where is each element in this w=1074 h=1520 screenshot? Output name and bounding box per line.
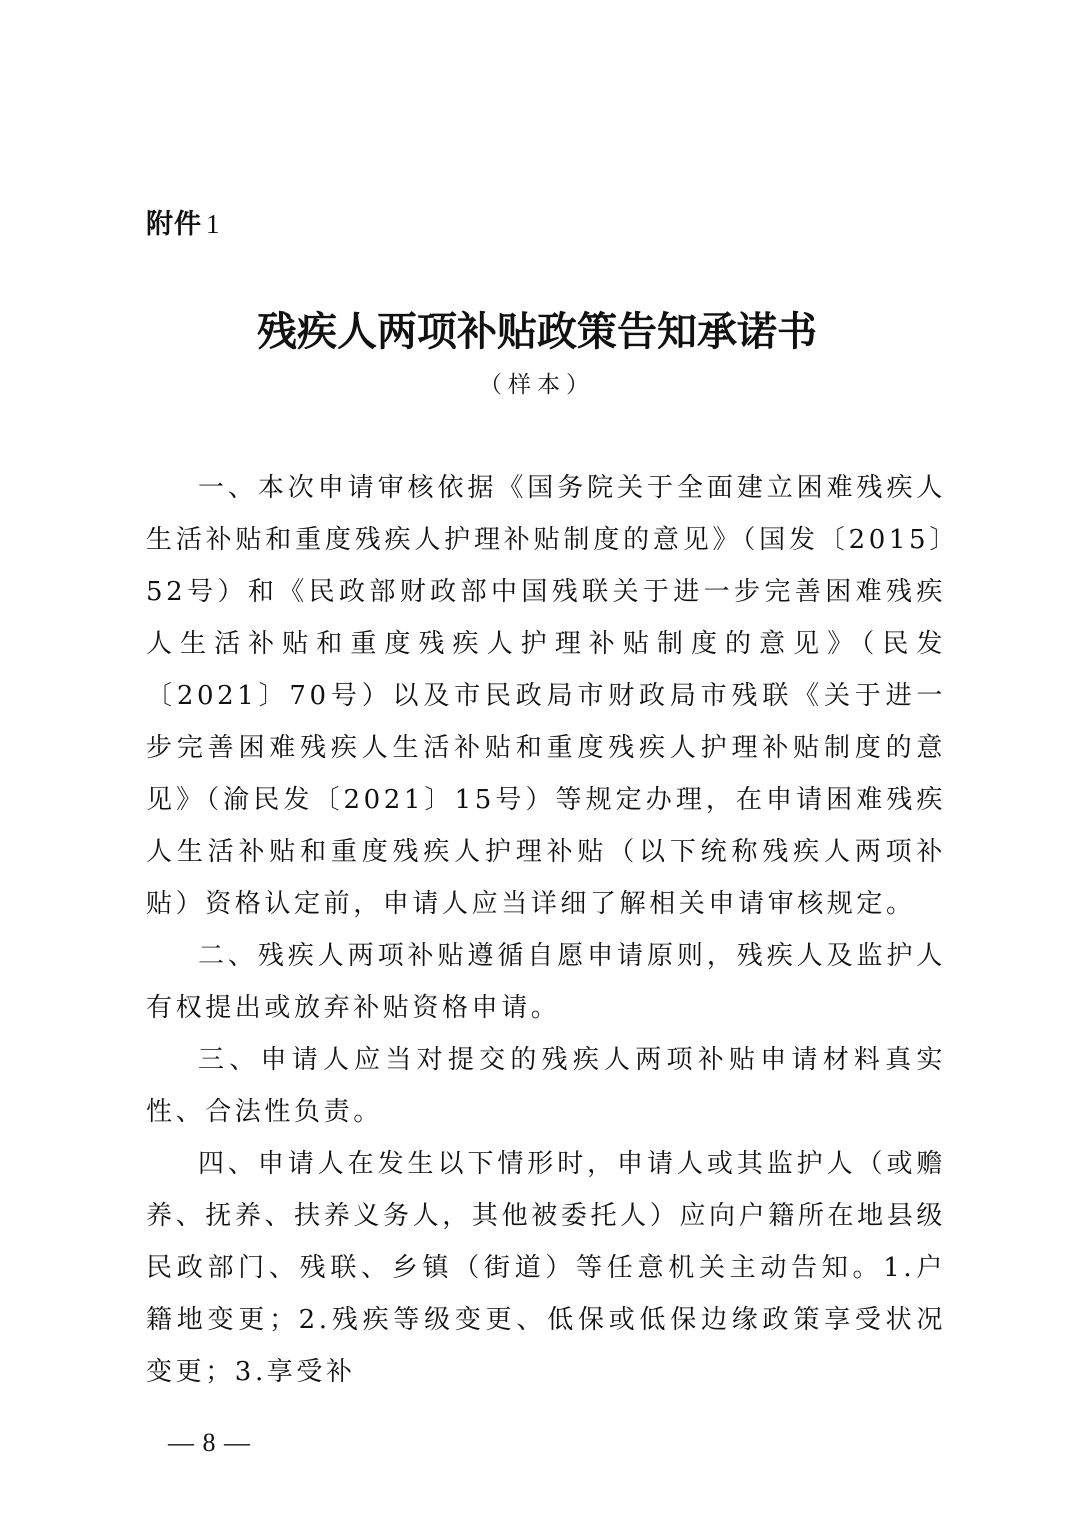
attachment-number: 1 (206, 209, 221, 239)
document-subtitle: （样本） (0, 366, 1074, 399)
paragraph-1: 一、本次申请审核依据《国务院关于全面建立困难残疾人生活补贴和重度残疾人护理补贴制… (146, 462, 946, 930)
page-number: — 8 — (168, 1428, 251, 1458)
paragraph-4: 四、申请人在发生以下情形时，申请人或其监护人（或赡养、抚养、扶养义务人，其他被委… (146, 1138, 946, 1398)
attachment-label-text: 附件 (146, 209, 202, 240)
paragraph-3: 三、申请人应当对提交的残疾人两项补贴申请材料真实性、合法性负责。 (146, 1034, 946, 1138)
document-body: 一、本次申请审核依据《国务院关于全面建立困难残疾人生活补贴和重度残疾人护理补贴制… (146, 462, 946, 1398)
document-page: 附件1 残疾人两项补贴政策告知承诺书 （样本） 一、本次申请审核依据《国务院关于… (0, 0, 1074, 1520)
attachment-label: 附件1 (146, 202, 221, 241)
paragraph-2: 二、残疾人两项补贴遵循自愿申请原则，残疾人及监护人有权提出或放弃补贴资格申请。 (146, 930, 946, 1034)
document-title: 残疾人两项补贴政策告知承诺书 (0, 300, 1074, 357)
